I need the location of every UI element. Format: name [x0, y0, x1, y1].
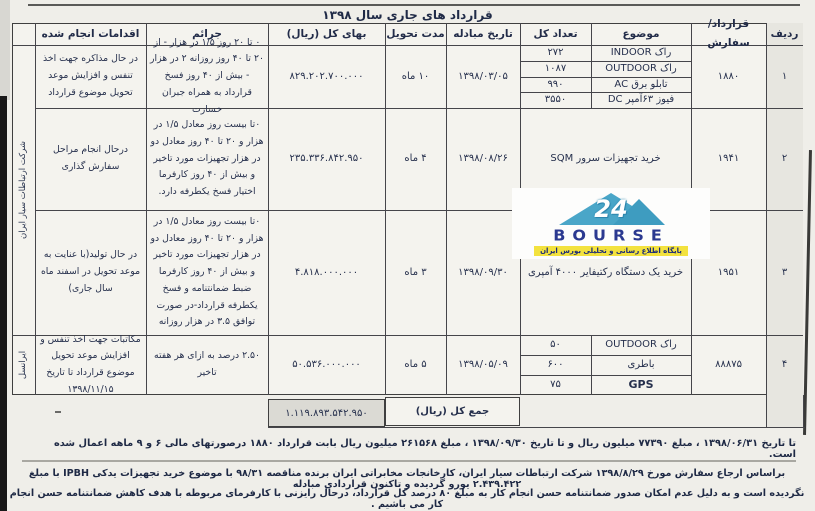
row2-penalty: ۰تا بیست روز معادل ۱/۵ در هزار و ۲۰ تا ۴…	[146, 108, 268, 210]
header-contract: قرارداد/سفارش	[691, 23, 766, 45]
row3-radif: ۳	[766, 210, 803, 335]
header-radif: ردیف	[766, 23, 803, 45]
scan-edge-right	[803, 150, 812, 435]
separator-rule	[22, 460, 796, 462]
scan-edge-left	[0, 96, 7, 511]
radif-column-extension	[766, 395, 803, 427]
row4-item2-qty: ۶۰۰	[520, 355, 591, 375]
row2-date: ۱۳۹۸/۰۸/۲۶	[446, 108, 520, 210]
row1-radif: ۱	[766, 45, 803, 108]
row4-item1-qty: ۵۰	[520, 335, 591, 355]
row4-item3-qty: ۷۵	[520, 375, 591, 395]
row4-duration: ۵ ماه	[385, 335, 446, 395]
table-right-extension	[803, 395, 804, 428]
row4-action: مکاتبات جهت اخذ تنفس و افزایش موعد تحویل…	[35, 335, 146, 395]
row1-penalty: ۰ تا ۲۰ روز ۱/۵ در هزار - از ۲۰ تا ۴۰ رو…	[146, 45, 268, 108]
row4-contract: ۸۸۸۷۵	[691, 335, 766, 395]
row1-action: در حال مذاکره جهت اخذ تنفس و افزایش موعد…	[35, 45, 146, 108]
row2-action: درحال انجام مراحل سفارش گذاری	[35, 108, 146, 210]
row1-item3-label: تابلو برق AC	[591, 77, 691, 92]
row4-date: ۱۳۹۸/۰۵/۰۹	[446, 335, 520, 395]
row2-duration: ۴ ماه	[385, 108, 446, 210]
header-date: تاریخ مبادله	[446, 23, 520, 45]
row1-contract: ۱۸۸۰	[691, 45, 766, 108]
header-actions: اقدامات انجام شده	[35, 23, 146, 45]
footer-paragraph-line1: براساس ارجاع سفارش مورخ ۱۳۹۸/۸/۲۹ شرکت ا…	[6, 468, 808, 490]
row2-price: ۲۳۵.۳۳۶.۸۴۲.۹۵۰	[268, 108, 385, 210]
group-irancell-label: ایرانسل	[18, 351, 28, 379]
row4-item2-label: باطری	[591, 355, 691, 375]
watermark-tagline: پایگاه اطلاع رسانی و تحلیلی بورس ایران	[534, 246, 688, 256]
header-duration: مدت تحویل	[385, 23, 446, 45]
row1-item1-qty: ۲۷۲	[520, 45, 591, 61]
grand-total-label: جمع کل (ریال)	[385, 397, 520, 426]
row3-price: ۴.۸۱۸.۰۰۰.۰۰۰	[268, 210, 385, 335]
row4-item3-label: GPS	[591, 375, 691, 395]
row4-price: ۵۰.۵۳۶.۰۰۰.۰۰۰	[268, 335, 385, 395]
row1-item4-label: فیوز ۶۳آمپر DC	[591, 92, 691, 108]
top-rule	[28, 4, 800, 6]
header-qty: تعداد کل	[520, 23, 591, 45]
row4-radif: ۴	[766, 335, 803, 395]
header-subject: موضوع	[591, 23, 691, 45]
group-mci-label: شرکت ارتباطات سیار ایران	[19, 141, 29, 239]
row1-date: ۱۳۹۸/۰۳/۰۵	[446, 45, 520, 108]
total-row-bottom-line	[268, 427, 805, 428]
row4-penalty: ۲.۵۰ درصد به ازای هر هفته تاخیر	[146, 335, 268, 395]
financial-note: تا تاریخ ۱۳۹۸/۰۶/۳۱ ، مبلغ ۷۷۳۹۰ میلیون …	[30, 438, 796, 460]
row1-price: ۸۲۹.۲۰۲.۷۰۰.۰۰۰	[268, 45, 385, 108]
logo-number: 24	[551, 195, 671, 223]
scan-artifact-dash	[55, 411, 61, 413]
row1-item3-qty: ۹۹۰	[520, 77, 591, 92]
row3-duration: ۳ ماه	[385, 210, 446, 335]
row3-action: در حال تولید(با عنایت به موعد تحویل در ا…	[35, 210, 146, 335]
row2-radif: ۲	[766, 108, 803, 210]
row4-item1-label: راک OUTDOOR	[591, 335, 691, 355]
row3-penalty: ۰تا بیست روز معادل ۱/۵ در هزار و ۲۰ تا ۴…	[146, 210, 268, 335]
row1-item1-label: راک INDOOR	[591, 45, 691, 61]
grand-total-value: ۱.۱۱۹.۸۹۳.۵۴۲.۹۵۰	[268, 399, 385, 427]
row3-date: ۱۳۹۸/۰۹/۳۰	[446, 210, 520, 335]
group-irancell: ایرانسل	[12, 335, 35, 395]
bourse-logo: 24	[551, 191, 671, 225]
scanned-contracts-document: قرارداد های جاری سال ۱۳۹۸ ردیف قرارداد/س…	[0, 0, 815, 511]
row1-item4-qty: ۳۵۵۰	[520, 92, 591, 108]
watermark-brand: BOURSE	[553, 227, 669, 244]
bourse-watermark: 24 BOURSE پایگاه اطلاع رسانی و تحلیلی بو…	[512, 188, 710, 259]
row1-duration: ۱۰ ماه	[385, 45, 446, 108]
footer-paragraph-line2: نگردیده است و به دلیل عدم امکان صدور ضما…	[6, 488, 808, 510]
header-price: بهای کل (ریال)	[268, 23, 385, 45]
group-mci: شرکت ارتباطات سیار ایران	[12, 45, 35, 335]
